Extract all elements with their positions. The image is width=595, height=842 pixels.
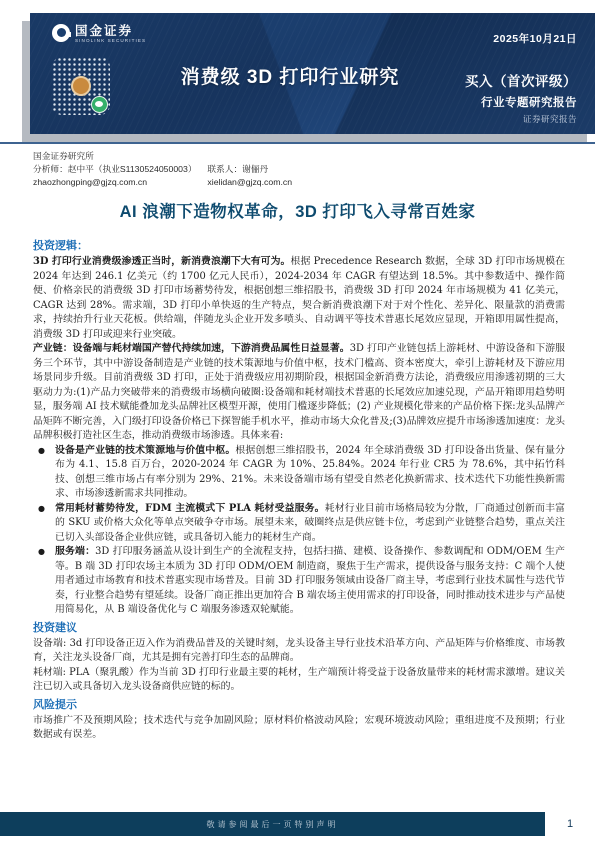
logic-paragraph-2-lead: 产业链：设备端与耗材端国产替代持续加速，下游消费品属性日益显著。	[33, 343, 350, 354]
report-header-banner: 国金证券 SINOLINK SECURITIES 消费级 3D 打印行业研究 2…	[30, 13, 595, 134]
report-date: 2025年10月21日	[493, 31, 577, 46]
brand-name-en: SINOLINK SECURITIES	[75, 38, 146, 44]
institute-name: 国金证券研究所	[33, 151, 94, 161]
qr-center-logo-icon	[71, 76, 91, 96]
report-body: 投资逻辑： 3D 打印行业消费级渗透正当时，新消费浪潮下大有可为。根据 Prec…	[33, 236, 565, 743]
brand-text: 国金证券 SINOLINK SECURITIES	[75, 24, 146, 44]
email-line: zhaozhongping@gjzq.com.cn xielidan@gjzq.…	[33, 176, 292, 189]
analyst-email: zhaozhongping@gjzq.com.cn	[33, 176, 205, 189]
report-title: 消费级 3D 打印行业研究	[90, 62, 490, 89]
analyst-line: 分析师：赵中平（执业S1130524050003） 联系人：谢俪丹	[33, 163, 292, 176]
logic-paragraph-1-text: 根据 Precedence Research 数据，全球 3D 打印市场规模在 …	[33, 256, 565, 340]
footer-disclaimer-bar: 敬请参阅最后一页特别声明	[0, 812, 545, 836]
logic-bullet-services-text: 3D 打印服务涵盖从设计到生产的全流程支持，包括扫描、建模、设备操作、参数调配和…	[55, 546, 565, 615]
institute-line: 国金证券研究所	[33, 150, 292, 163]
logic-paragraph-2: 产业链：设备端与耗材端国产替代持续加速，下游消费品属性日益显著。3D 打印产业链…	[33, 342, 565, 444]
footer-disclaimer-text: 敬请参阅最后一页特别声明	[207, 819, 339, 830]
analyst-block: 国金证券研究所 分析师：赵中平（执业S1130524050003） 联系人：谢俪…	[33, 150, 292, 190]
logic-bullet-services-lead: 服务端：	[55, 546, 95, 557]
logic-paragraph-1: 3D 打印行业消费级渗透正当时，新消费浪潮下大有可为。根据 Precedence…	[33, 255, 565, 342]
logic-bullet-services: 服务端：3D 打印服务涵盖从设计到生产的全流程支持，包括扫描、建模、设备操作、参…	[33, 545, 565, 618]
logic-bullet-devices: 设备是产业链的技术策源地与价值中枢。根据创想三维招股书，2024 年全球消费级 …	[33, 444, 565, 502]
brand-name-cn: 国金证券	[75, 24, 146, 38]
logic-bullet-materials-lead: 常用耗材蓄势待发，FDM 主流模式下 PLA 耗材受益服务。	[55, 503, 325, 514]
header-divider-line	[0, 142, 595, 144]
logic-paragraph-1-lead: 3D 打印行业消费级渗透正当时，新消费浪潮下大有可为。	[33, 256, 291, 267]
logic-bullet-materials: 常用耗材蓄势待发，FDM 主流模式下 PLA 耗材受益服务。耗材行业目前市场格局…	[33, 502, 565, 546]
brand-block: 国金证券 SINOLINK SECURITIES	[52, 24, 146, 44]
contact-email: xielidan@gjzq.com.cn	[207, 177, 292, 187]
contact-name: 联系人：谢俪丹	[207, 164, 268, 174]
wechat-badge-icon	[91, 96, 108, 113]
report-type-label: 行业专题研究报告	[481, 94, 577, 110]
page-number: 1	[545, 812, 595, 836]
section-title-risk: 风险提示	[33, 698, 565, 712]
section-title-investment-advice: 投资建议	[33, 621, 565, 635]
section-title-investment-logic: 投资逻辑：	[33, 239, 565, 253]
logic-bullet-devices-lead: 设备是产业链的技术策源地与价值中枢。	[55, 445, 235, 456]
risk-paragraph: 市场推广不及预期风险；技术迭代与竞争加剧风险；原材料价格波动风险；宏观环境波动风…	[33, 714, 565, 743]
logic-paragraph-2-text: 3D 打印产业链包括上游耗材、中游设备和下游服务三个环节，其中中游设备制造是产业…	[33, 343, 565, 441]
rating-badge: 买入（首次评级）	[465, 70, 577, 90]
analyst-name: 分析师：赵中平（执业S1130524050003）	[33, 163, 205, 176]
sinolink-logo-icon	[52, 24, 70, 42]
page-headline: AI 浪潮下造物权革命，3D 打印飞入寻常百姓家	[0, 198, 595, 222]
report-category-label: 证券研究报告	[523, 113, 577, 125]
advice-paragraph-materials: 耗材端: PLA（聚乳酸）作为当前 3D 打印行业最主要的耗材，生产端预计将受益…	[33, 666, 565, 695]
advice-paragraph-devices: 设备端: 3d 打印设备正迈入作为消费品普及的关键时刻，龙头设备主导行业技术沿革…	[33, 637, 565, 666]
